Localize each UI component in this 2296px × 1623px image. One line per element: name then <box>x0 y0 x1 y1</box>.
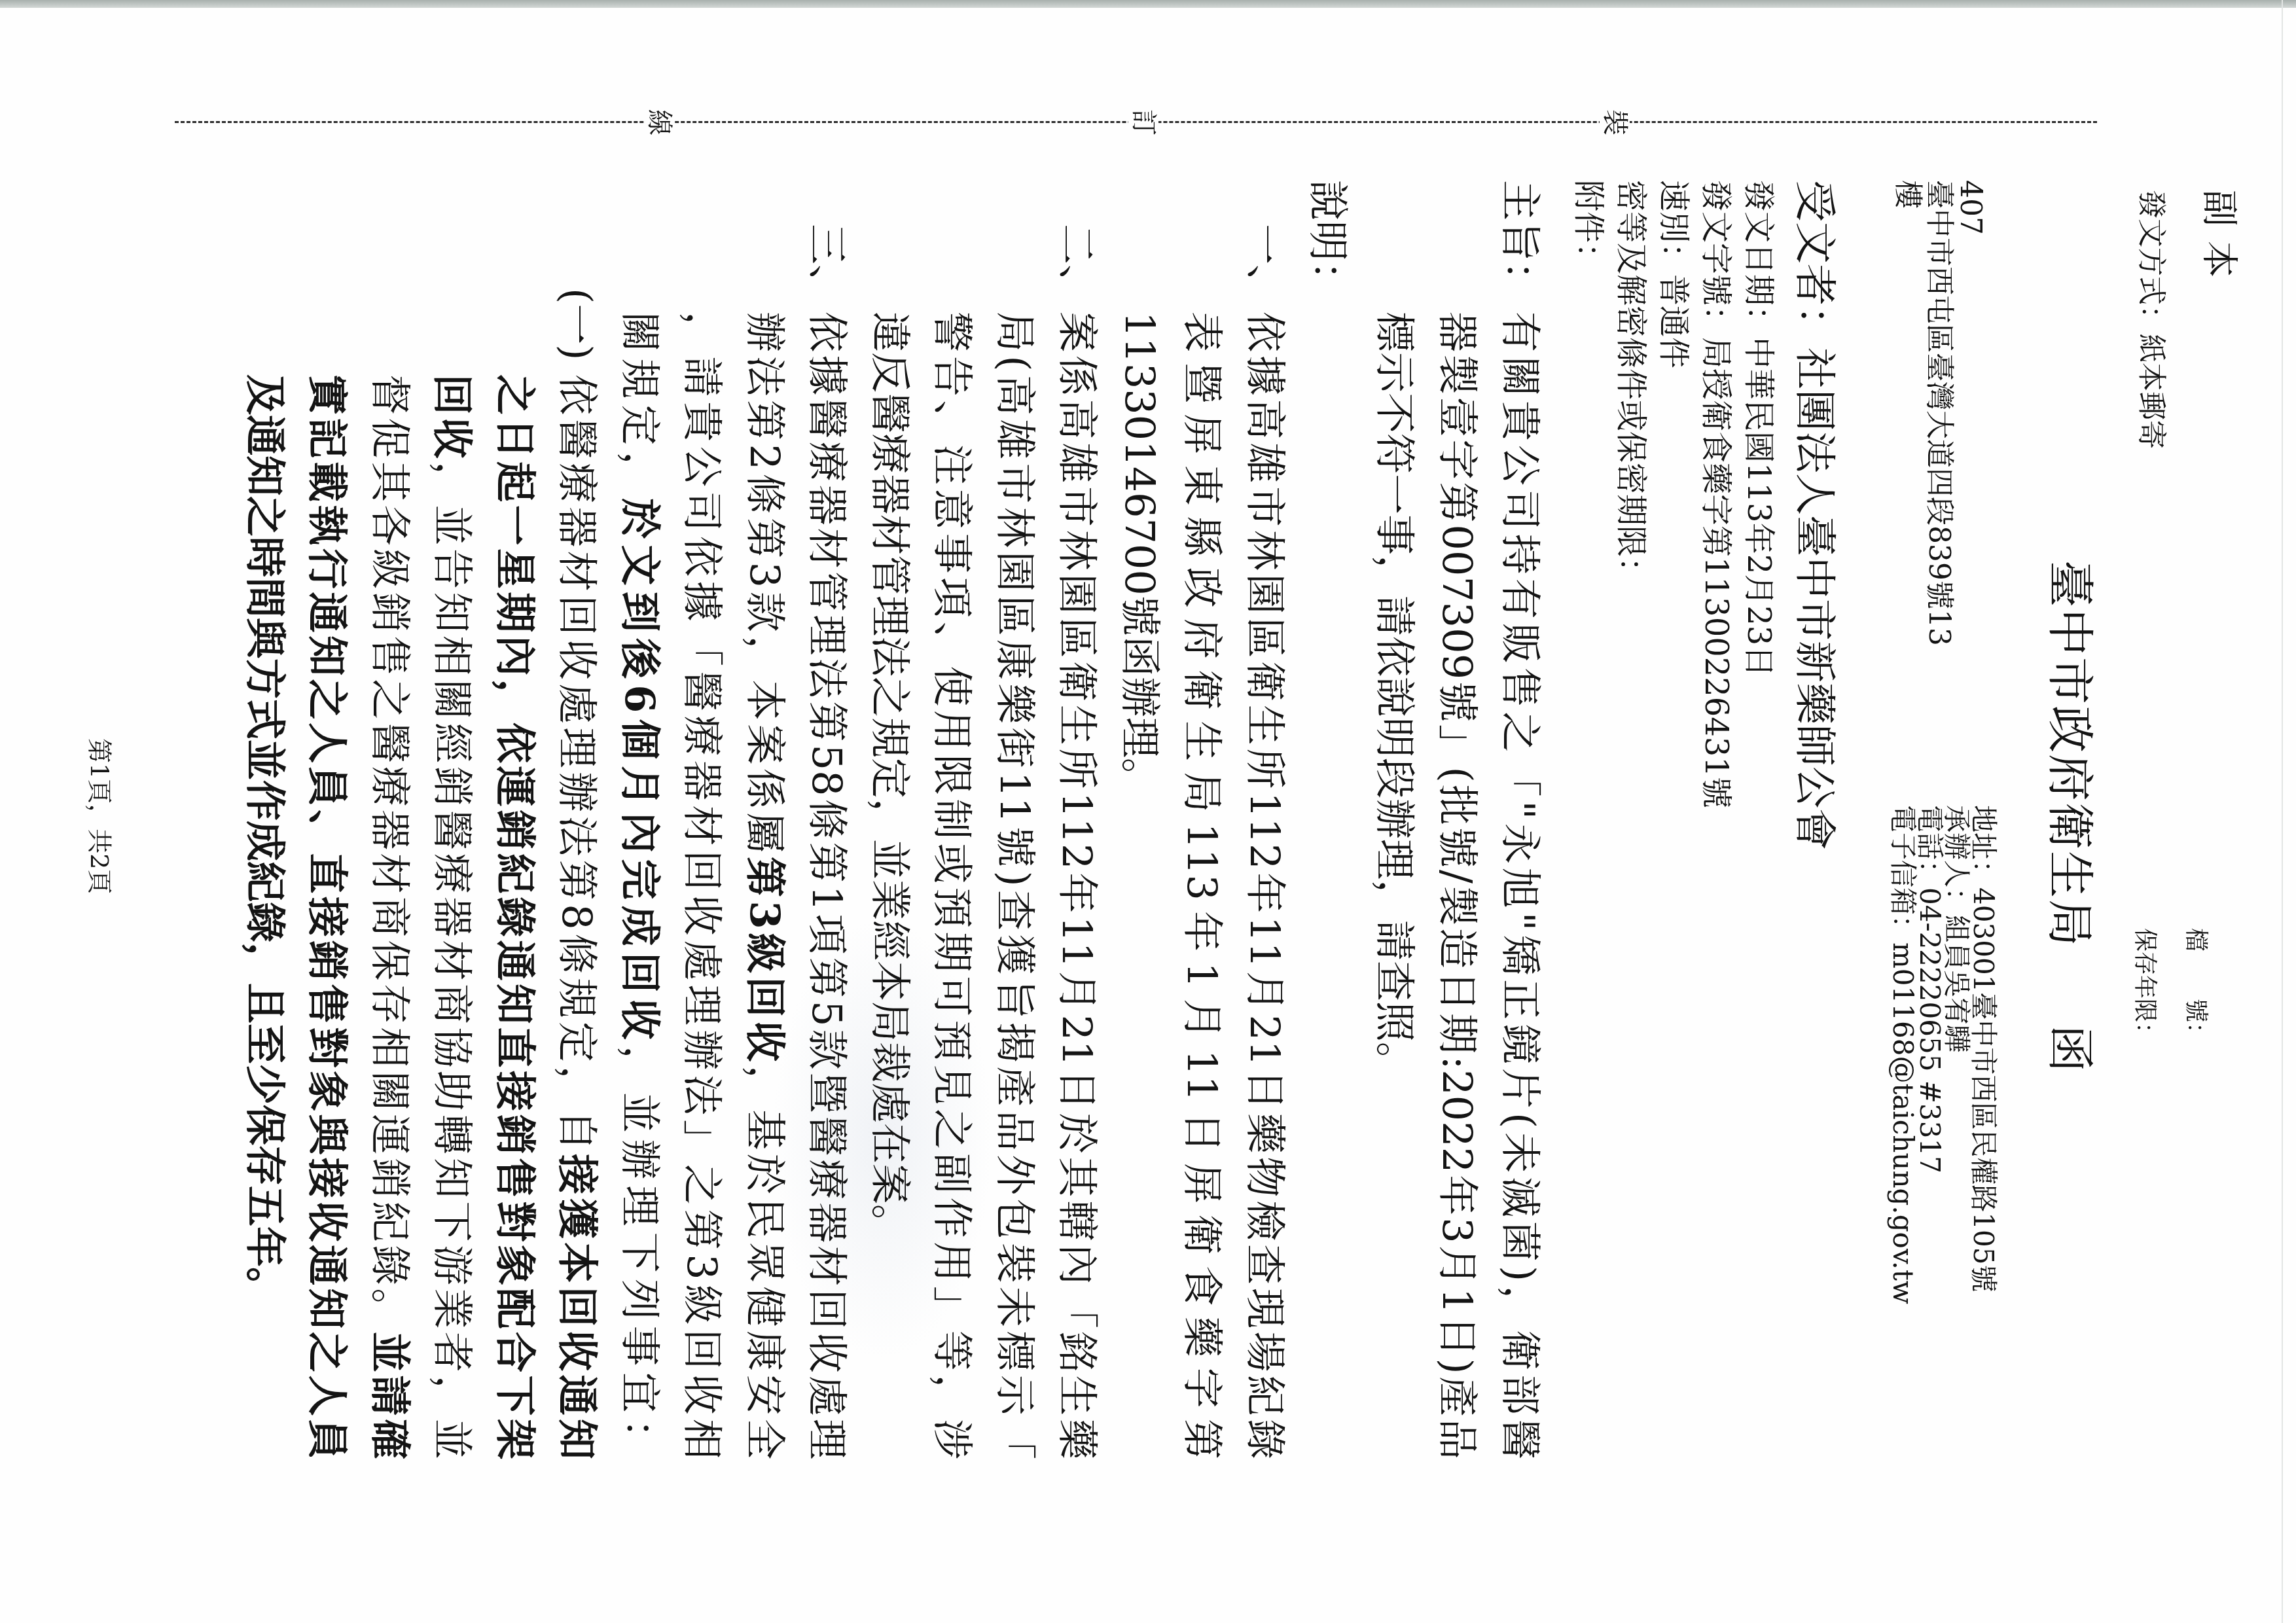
contact-value: m01168@taichung.gov.tw <box>1887 942 1919 1304</box>
file-number-label: 檔 號： <box>2182 928 2209 1046</box>
sub-item-line: 之日起一星期內，依運銷紀錄通知直接銷售對象配合下架 <box>485 374 544 1459</box>
binding-label-ding: 訂 <box>1128 107 1158 137</box>
sub-item-marker: (一) <box>547 288 606 360</box>
retention-period-label: 保存年限： <box>2131 928 2158 1046</box>
meta-label: 附件： <box>1570 180 1607 274</box>
text-segment-emphasis: 並請確 <box>366 1332 414 1459</box>
item-2-line: 局(高雄市林園區康樂街11號)查獲旨揭產品外包裝未標示「 <box>985 312 1044 1459</box>
meta-label: 密等及解密條件或保密期限： <box>1613 180 1649 588</box>
item-3-line: ，請貴公司依據「醫療器材回收處理辦法」之第3級回收相 <box>672 312 731 1459</box>
item-1-line: 11330146700號函辦理。 <box>1110 312 1169 798</box>
text-segment: 11330146700號函辦理。 <box>1116 312 1164 798</box>
recipient: 受文者：社團法人臺中市新藥師公會 <box>1788 180 1840 850</box>
issue-date: 發文日期：中華民國113年2月23日 <box>1739 180 1778 677</box>
binding-label-xian: 線 <box>644 107 674 137</box>
copy-mark: 副本 <box>2197 190 2241 292</box>
document-title-agency: 臺中市政府衛生局 <box>2041 560 2100 948</box>
sub-item-line: 回收，並告知相關經銷醫療器材商協助轉知下游業者，並 <box>422 374 481 1459</box>
sub-item-line: 督促其各級銷售之醫療器材商保存相關運銷紀錄。並請確 <box>360 374 419 1459</box>
recipient-value: 社團法人臺中市新藥師公會 <box>1790 348 1839 850</box>
sender-email: 電子信箱：m01168@taichung.gov.tw <box>1887 805 1918 1304</box>
recipient-label: 受文者： <box>1790 180 1839 348</box>
item-3-line: 依據醫療器材管理法第58條第1項第5款暨醫療器材回收處理 <box>797 312 856 1459</box>
text-segment-emphasis: 第3級回收 <box>741 857 789 1065</box>
item-1-line: 依據高雄市林園區衛生所112年11月21日藥物檢查現場紀錄 <box>1235 312 1294 1459</box>
text-segment-emphasis: 回收 <box>428 374 476 461</box>
item-marker: 三、 <box>797 224 856 305</box>
item-3-line: 關規定，於文到後6個月內完成回收，並辦理下列事宜： <box>610 312 669 1459</box>
text-segment-emphasis: 於文到後6個月內完成回收 <box>616 498 664 1046</box>
item-3-line: 辦法第2條第3款，本案係屬第3級回收，基於民眾健康安全 <box>735 312 794 1459</box>
text-segment: ，並辦理下列事宜： <box>616 1046 664 1459</box>
attachments: 附件： <box>1569 180 1608 274</box>
document-title-type: 函 <box>2041 1025 2100 1073</box>
mailing-address-line: 樓 <box>1890 180 1924 209</box>
item-2-line: 案係高雄市林園區衛生所112年11月21日於其轄內「銘生藥 <box>1047 312 1106 1459</box>
contact-label: 電子信箱： <box>1887 805 1919 942</box>
text-segment: 辦法第2條第3款，本案係屬 <box>741 312 789 857</box>
text-segment: ，基於民眾健康安全 <box>741 1065 789 1459</box>
page-indicator: 第1頁，共2頁 <box>84 738 115 894</box>
sub-item-line: 及通知之時間與方式並作成紀錄，且至少保存五年。 <box>235 374 294 1308</box>
text-segment-emphasis: 實記載執行通知之人員、直接銷售對象與接收通知之人員 <box>303 374 351 1459</box>
sub-item-line: 依醫療器材回收處理辦法第8條規定，自接獲本回收通知 <box>547 374 606 1459</box>
subject-line: 標示不符一事，請依說明段辦理，請查照。 <box>1365 312 1424 1082</box>
subject-label: 主旨： <box>1490 180 1549 302</box>
text-segment: ，請貴公司依據「醫療器材回收處理辦法」之第3級回收相 <box>678 312 726 1459</box>
meta-label: 發文字號： <box>1698 180 1734 337</box>
scanner-edge <box>2282 0 2283 1623</box>
document-number: 發文字號：局授衛食藥字第11300226431號 <box>1696 180 1736 808</box>
file-number: 檔 號： <box>2181 928 2210 1046</box>
text-segment: 表暨屏東縣政府衛生局113年1月11日屏衛食藥字第 <box>1178 312 1226 1459</box>
document-page: 裝 訂 線 副本 發文方式：紙本郵寄 檔 號： 保存年限： 臺中市政府衛生局 函… <box>0 0 2296 1623</box>
delivery-speed: 速別：普通件 <box>1654 180 1693 368</box>
delivery-method-label: 發文方式： <box>2134 190 2168 334</box>
text-segment: 案係高雄市林園區衛生所112年11月21日於其轄內「銘生藥 <box>1053 312 1101 1459</box>
text-segment: 依據高雄市林園區衛生所112年11月21日藥物檢查現場紀錄 <box>1241 312 1289 1459</box>
subject-line: 有關貴公司持有販售之「"永旭"矯正鏡片(未滅菌)，衛部醫 <box>1490 312 1549 1459</box>
mailing-address-line: 臺中市西屯區臺灣大道四段839號13 <box>1922 180 1956 646</box>
text-segment: 警告、注意事項、使用限制或預期可預見之副作用」等，涉 <box>928 312 976 1459</box>
binding-label-zhuang: 裝 <box>1600 107 1630 137</box>
delivery-method-value: 紙本郵寄 <box>2134 334 2168 449</box>
meta-value: 普通件 <box>1655 274 1692 368</box>
mailing-postal-code: 407 <box>1953 180 1987 235</box>
subject-line: 器製壹字第007309號」(批號/製造日期:2022年3月1日)產品 <box>1427 312 1486 1459</box>
text-segment: 關規定， <box>616 312 664 498</box>
item-marker: 二、 <box>1047 224 1106 305</box>
item-1-line: 表暨屏東縣政府衛生局113年1月11日屏衛食藥字第 <box>1172 312 1231 1459</box>
text-segment: 依據醫療器材管理法第58條第1項第5款暨醫療器材回收處理 <box>803 312 851 1459</box>
delivery-method: 發文方式：紙本郵寄 <box>2132 190 2169 449</box>
text-segment-emphasis: 之日起一星期內，依運銷紀錄通知直接銷售對象配合下架 <box>491 374 539 1459</box>
sub-item-line: 實記載執行通知之人員、直接銷售對象與接收通知之人員 <box>297 374 356 1459</box>
meta-label: 發文日期： <box>1740 180 1777 337</box>
text-segment: 依醫療器材回收處理辦法第8條規定，自 <box>553 374 601 1154</box>
text-segment: 違反醫療器材管理法之規定，並業經本局裁處在案。 <box>866 312 914 1245</box>
scanner-edge <box>0 0 2296 8</box>
meta-value: 中華民國113年2月23日 <box>1740 337 1777 677</box>
text-segment-emphasis: 及通知之時間與方式並作成紀錄，且至少保存五年。 <box>241 374 289 1308</box>
item-marker: 一、 <box>1235 224 1294 305</box>
retention-period: 保存年限： <box>2130 928 2159 1046</box>
secrecy-level: 密等及解密條件或保密期限： <box>1611 180 1651 588</box>
text-segment: ，並告知相關經銷醫療器材商協助轉知下游業者，並 <box>428 461 476 1459</box>
text-segment: 督促其各級銷售之醫療器材商保存相關運銷紀錄。 <box>366 374 414 1332</box>
item-2-line: 警告、注意事項、使用限制或預期可預見之副作用」等，涉 <box>922 312 981 1459</box>
meta-label: 速別： <box>1655 180 1692 274</box>
item-2-line: 違反醫療器材管理法之規定，並業經本局裁處在案。 <box>860 312 919 1245</box>
text-segment-emphasis: 接獲本回收通知 <box>553 1154 601 1459</box>
meta-value: 局授衛食藥字第11300226431號 <box>1698 337 1734 808</box>
text-segment: 局(高雄市林園區康樂街11號)查獲旨揭產品外包裝未標示「 <box>991 312 1039 1459</box>
explanation-label: 說明： <box>1298 180 1357 302</box>
